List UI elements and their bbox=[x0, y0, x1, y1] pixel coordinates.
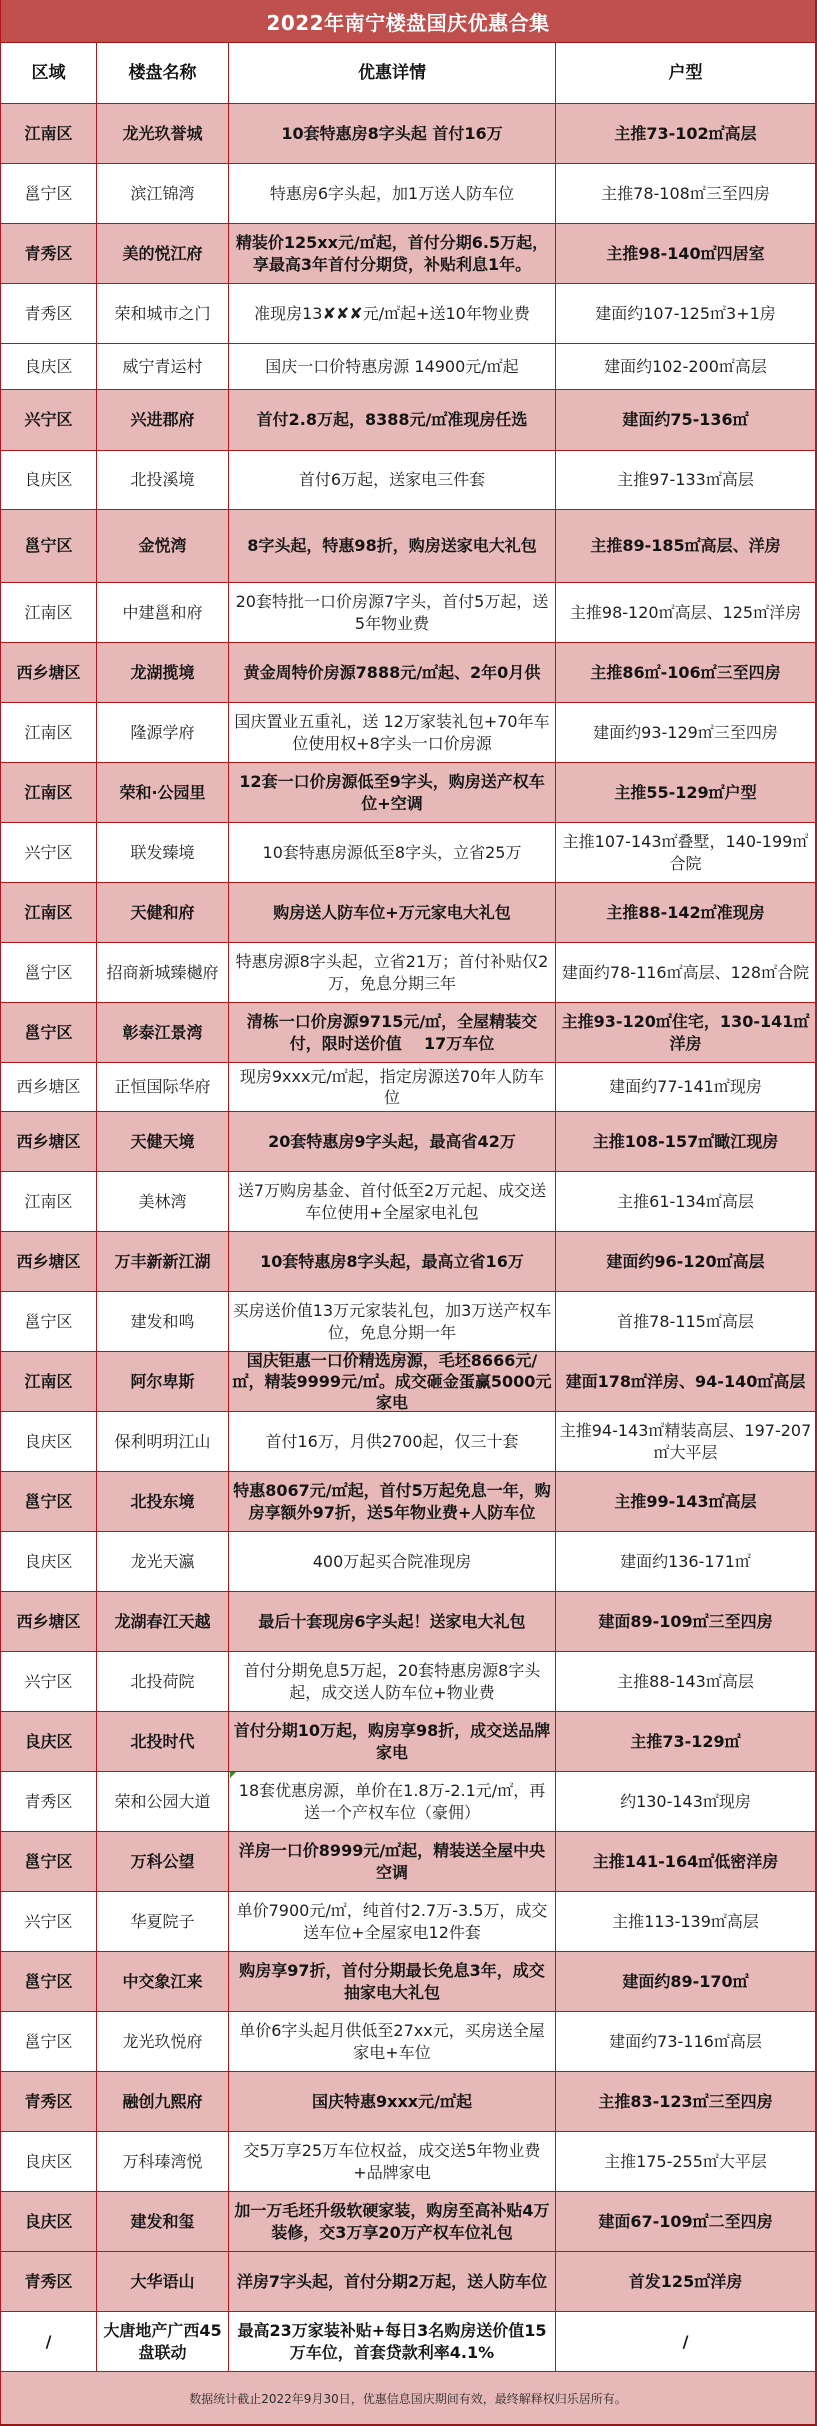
cell-layout: 建面89-109㎡三至四房 bbox=[556, 1592, 815, 1651]
cell-layout: 主推86㎡-106㎡三至四房 bbox=[556, 643, 815, 702]
cell-comment-marker-icon bbox=[230, 1772, 236, 1778]
cell-region: 西乡塘区 bbox=[1, 1112, 97, 1171]
cell-project: 大唐地产广西45盘联动 bbox=[97, 2312, 229, 2371]
cell-layout: 主推73-102㎡高层 bbox=[556, 104, 815, 163]
cell-region: 青秀区 bbox=[1, 224, 97, 283]
table-row: 西乡塘区 正恒国际华府 现房9xxx元/㎡起，指定房源送70年人防车位 建面约7… bbox=[0, 1063, 817, 1112]
table-row: 兴宁区 华夏院子 单价7900元/㎡，纯首付2.7万-3.5万，成交送车位+全屋… bbox=[0, 1892, 817, 1952]
table-row: 邕宁区 龙光玖悦府 单价6字头起月供低至27xx元，买房送全屋家电+车位 建面约… bbox=[0, 2012, 817, 2072]
table-row: 邕宁区 万科公望 洋房一口价8999元/㎡起，精装送全屋中央空调 主推141-1… bbox=[0, 1832, 817, 1892]
cell-offer: 首付16万，月供2700起，仅三十套 bbox=[229, 1412, 556, 1471]
table-row: 江南区 中建邕和府 20套特批一口价房源7字头，首付5万起，送5年物业费 主推9… bbox=[0, 583, 817, 643]
cell-project: 荣和城市之门 bbox=[97, 284, 229, 343]
cell-project: 正恒国际华府 bbox=[97, 1063, 229, 1111]
cell-region: 良庆区 bbox=[1, 1412, 97, 1471]
cell-layout: 主推141-164㎡低密洋房 bbox=[556, 1832, 815, 1891]
cell-layout: 主推113-139㎡高层 bbox=[556, 1892, 815, 1951]
cell-project: 北投荷院 bbox=[97, 1652, 229, 1711]
table-row: 兴宁区 联发臻境 10套特惠房源低至8字头，立省25万 主推107-143㎡叠墅… bbox=[0, 823, 817, 883]
cell-project: 天健和府 bbox=[97, 883, 229, 942]
cell-offer: 购房送人防车位+万元家电大礼包 bbox=[229, 883, 556, 942]
table-row: 江南区 天健和府 购房送人防车位+万元家电大礼包 主推88-142㎡准现房 bbox=[0, 883, 817, 943]
table-row: 良庆区 北投时代 首付分期10万起，购房享98折，成交送品牌家电 主推73-12… bbox=[0, 1712, 817, 1772]
cell-project: 万科公望 bbox=[97, 1832, 229, 1891]
footer-note: 数据统计截止2022年9月30日，优惠信息国庆期间有效，最终解释权归乐居所有。 bbox=[0, 2372, 817, 2426]
cell-region: 西乡塘区 bbox=[1, 1232, 97, 1291]
cell-region: 邕宁区 bbox=[1, 1003, 97, 1062]
cell-layout: 主推78-108㎡三至四房 bbox=[556, 164, 815, 223]
cell-project: 建发和鸣 bbox=[97, 1292, 229, 1351]
cell-region: 江南区 bbox=[1, 1352, 97, 1411]
cell-region: 邕宁区 bbox=[1, 2012, 97, 2071]
cell-region: 良庆区 bbox=[1, 2132, 97, 2191]
cell-region: 兴宁区 bbox=[1, 390, 97, 450]
cell-layout: 主推99-143㎡高层 bbox=[556, 1472, 815, 1531]
cell-project: 龙光玖悦府 bbox=[97, 2012, 229, 2071]
cell-region: 邕宁区 bbox=[1, 1952, 97, 2011]
cell-layout: 主推93-120㎡住宅，130-141㎡洋房 bbox=[556, 1003, 815, 1062]
cell-project: 滨江锦湾 bbox=[97, 164, 229, 223]
cell-region: 青秀区 bbox=[1, 2072, 97, 2131]
table-row: / 大唐地产广西45盘联动 最高23万家装补贴+每日3名购房送价值15万车位，首… bbox=[0, 2312, 817, 2372]
column-header-region: 区域 bbox=[1, 43, 97, 103]
cell-layout: 建面约89-170㎡ bbox=[556, 1952, 815, 2011]
cell-layout: 约130-143㎡现房 bbox=[556, 1772, 815, 1831]
cell-project: 建发和玺 bbox=[97, 2192, 229, 2251]
cell-offer: 首付6万起，送家电三件套 bbox=[229, 451, 556, 509]
cell-region: 良庆区 bbox=[1, 2192, 97, 2251]
cell-region: 良庆区 bbox=[1, 1532, 97, 1591]
column-header-layout: 户型 bbox=[556, 43, 815, 103]
cell-region: 良庆区 bbox=[1, 344, 97, 389]
cell-layout: 主推108-157㎡瞰江现房 bbox=[556, 1112, 815, 1171]
cell-region: 西乡塘区 bbox=[1, 1592, 97, 1651]
cell-project: 彰泰江景湾 bbox=[97, 1003, 229, 1062]
cell-offer: 单价7900元/㎡，纯首付2.7万-3.5万，成交送车位+全屋家电12件套 bbox=[229, 1892, 556, 1951]
cell-region: 江南区 bbox=[1, 1172, 97, 1231]
cell-offer: 送7万购房基金、首付低至2万元起、成交送车位使用+全屋家电礼包 bbox=[229, 1172, 556, 1231]
table-row: 良庆区 保利明玥江山 首付16万，月供2700起，仅三十套 主推94-143㎡精… bbox=[0, 1412, 817, 1472]
cell-offer: 10套特惠房源低至8字头，立省25万 bbox=[229, 823, 556, 882]
cell-offer: 现房9xxx元/㎡起，指定房源送70年人防车位 bbox=[229, 1063, 556, 1111]
cell-layout: 主推88-142㎡准现房 bbox=[556, 883, 815, 942]
cell-offer: 400万起买合院准现房 bbox=[229, 1532, 556, 1591]
column-header-project: 楼盘名称 bbox=[97, 43, 229, 103]
cell-region: / bbox=[1, 2312, 97, 2371]
cell-project: 北投东境 bbox=[97, 1472, 229, 1531]
table-row: 邕宁区 北投东境 特惠8067元/㎡起，首付5万起免息一年，购房享额外97折，送… bbox=[0, 1472, 817, 1532]
cell-offer: 最后十套现房6字头起！送家电大礼包 bbox=[229, 1592, 556, 1651]
cell-project: 金悦湾 bbox=[97, 510, 229, 582]
table-row: 西乡塘区 万丰新新江湖 10套特惠房8字头起，最高立省16万 建面约96-120… bbox=[0, 1232, 817, 1292]
table-header-row: 区域 楼盘名称 优惠详情 户型 bbox=[0, 43, 817, 104]
cell-layout: 建面约73-116㎡高层 bbox=[556, 2012, 815, 2071]
cell-project: 华夏院子 bbox=[97, 1892, 229, 1951]
cell-layout: 主推61-134㎡高层 bbox=[556, 1172, 815, 1231]
table-row: 青秀区 美的悦江府 精装价125xx元/㎡起，首付分期6.5万起，享最高3年首付… bbox=[0, 224, 817, 284]
cell-layout: 首推78-115㎡高层 bbox=[556, 1292, 815, 1351]
cell-project: 招商新城臻樾府 bbox=[97, 943, 229, 1002]
table-row: 邕宁区 金悦湾 8字头起，特惠98折，购房送家电大礼包 主推89-185㎡高层、… bbox=[0, 510, 817, 583]
cell-region: 良庆区 bbox=[1, 451, 97, 509]
table-row: 良庆区 建发和玺 加一万毛坯升级软硬家装，购房至高补贴4万装修，交3万享20万产… bbox=[0, 2192, 817, 2252]
cell-layout: 主推97-133㎡高层 bbox=[556, 451, 815, 509]
cell-layout: 主推175-255㎡大平层 bbox=[556, 2132, 815, 2191]
cell-layout: 主推98-120㎡高层、125㎡洋房 bbox=[556, 583, 815, 642]
cell-offer: 准现房13✘✘✘元/㎡起+送10年物业费 bbox=[229, 284, 556, 343]
cell-project: 联发臻境 bbox=[97, 823, 229, 882]
cell-offer: 买房送价值13万元家装礼包，加3万送产权车位，免息分期一年 bbox=[229, 1292, 556, 1351]
table-row: 兴宁区 兴进郡府 首付2.8万起，8388元/㎡准现房任选 建面约75-136㎡ bbox=[0, 390, 817, 451]
table-row: 良庆区 万科瑧湾悦 交5万享25万车位权益，成交送5年物业费+品牌家电 主推17… bbox=[0, 2132, 817, 2192]
cell-project: 龙光天瀛 bbox=[97, 1532, 229, 1591]
cell-offer: 特惠8067元/㎡起，首付5万起免息一年，购房享额外97折，送5年物业费+人防车… bbox=[229, 1472, 556, 1531]
cell-offer: 首付分期免息5万起，20套特惠房源8字头起，成交送人防车位+物业费 bbox=[229, 1652, 556, 1711]
cell-project: 美的悦江府 bbox=[97, 224, 229, 283]
cell-layout: 主推83-123㎡三至四房 bbox=[556, 2072, 815, 2131]
cell-offer: 国庆一口价特惠房源 14900元/㎡起 bbox=[229, 344, 556, 389]
cell-region: 邕宁区 bbox=[1, 1472, 97, 1531]
cell-project: 荣和·公园里 bbox=[97, 763, 229, 822]
cell-layout: 建面178㎡洋房、94-140㎡高层 bbox=[556, 1352, 815, 1411]
cell-layout: 建面约93-129㎡三至四房 bbox=[556, 703, 815, 762]
cell-project: 北投时代 bbox=[97, 1712, 229, 1771]
table-row: 良庆区 北投溪境 首付6万起，送家电三件套 主推97-133㎡高层 bbox=[0, 451, 817, 510]
cell-region: 邕宁区 bbox=[1, 1832, 97, 1891]
cell-layout: 主推55-129㎡户型 bbox=[556, 763, 815, 822]
cell-region: 邕宁区 bbox=[1, 510, 97, 582]
table-row: 兴宁区 北投荷院 首付分期免息5万起，20套特惠房源8字头起，成交送人防车位+物… bbox=[0, 1652, 817, 1712]
table-row: 邕宁区 彰泰江景湾 清栋一口价房源9715元/㎡，全屋精装交付，限时送价值 17… bbox=[0, 1003, 817, 1063]
cell-region: 江南区 bbox=[1, 883, 97, 942]
cell-offer: 洋房一口价8999元/㎡起，精装送全屋中央空调 bbox=[229, 1832, 556, 1891]
cell-layout: 主推73-129㎡ bbox=[556, 1712, 815, 1771]
table-row: 西乡塘区 龙湖揽境 黄金周特价房源7888元/㎡起、2年0月供 主推86㎡-10… bbox=[0, 643, 817, 703]
cell-layout: 建面67-109㎡二至四房 bbox=[556, 2192, 815, 2251]
table-row: 江南区 美林湾 送7万购房基金、首付低至2万元起、成交送车位使用+全屋家电礼包 … bbox=[0, 1172, 817, 1232]
table-row: 西乡塘区 天健天境 20套特惠房9字头起，最高省42万 主推108-157㎡瞰江… bbox=[0, 1112, 817, 1172]
table-row: 良庆区 龙光天瀛 400万起买合院准现房 建面约136-171㎡ bbox=[0, 1532, 817, 1592]
cell-offer: 18套优惠房源，单价在1.8万-2.1元/㎡，再送一个产权车位（豪佣） bbox=[229, 1772, 556, 1831]
cell-project: 荣和公园大道 bbox=[97, 1772, 229, 1831]
cell-offer: 特惠房源8字头起，立省21万；首付补贴仅2万，免息分期三年 bbox=[229, 943, 556, 1002]
cell-offer: 精装价125xx元/㎡起，首付分期6.5万起，享最高3年首付分期贷，补贴利息1年… bbox=[229, 224, 556, 283]
cell-region: 兴宁区 bbox=[1, 1652, 97, 1711]
cell-offer: 国庆钜惠一口价精选房源，毛坯8666元/㎡，精装9999元/㎡。成交砸金蛋赢50… bbox=[229, 1352, 556, 1411]
cell-layout: 建面约77-141㎡现房 bbox=[556, 1063, 815, 1111]
cell-offer: 清栋一口价房源9715元/㎡，全屋精装交付，限时送价值 17万车位 bbox=[229, 1003, 556, 1062]
cell-region: 邕宁区 bbox=[1, 1292, 97, 1351]
cell-region: 西乡塘区 bbox=[1, 1063, 97, 1111]
cell-offer: 国庆置业五重礼，送 12万家装礼包+70年车位使用权+8字头一口价房源 bbox=[229, 703, 556, 762]
cell-layout: 建面约96-120㎡高层 bbox=[556, 1232, 815, 1291]
table-row: 青秀区 大华语山 洋房7字头起，首付分期2万起，送人防车位 首发125㎡洋房 bbox=[0, 2252, 817, 2312]
cell-offer: 购房享97折，首付分期最长免息3年，成交抽家电大礼包 bbox=[229, 1952, 556, 2011]
cell-layout: 主推88-143㎡高层 bbox=[556, 1652, 815, 1711]
cell-project: 阿尔卑斯 bbox=[97, 1352, 229, 1411]
cell-project: 万丰新新江湖 bbox=[97, 1232, 229, 1291]
cell-region: 青秀区 bbox=[1, 2252, 97, 2311]
cell-offer: 交5万享25万车位权益，成交送5年物业费+品牌家电 bbox=[229, 2132, 556, 2191]
cell-region: 兴宁区 bbox=[1, 823, 97, 882]
cell-offer: 洋房7字头起，首付分期2万起，送人防车位 bbox=[229, 2252, 556, 2311]
cell-layout: 首发125㎡洋房 bbox=[556, 2252, 815, 2311]
cell-offer: 8字头起，特惠98折，购房送家电大礼包 bbox=[229, 510, 556, 582]
cell-region: 邕宁区 bbox=[1, 943, 97, 1002]
cell-offer: 单价6字头起月供低至27xx元，买房送全屋家电+车位 bbox=[229, 2012, 556, 2071]
table-row: 江南区 隆源学府 国庆置业五重礼，送 12万家装礼包+70年车位使用权+8字头一… bbox=[0, 703, 817, 763]
cell-project: 大华语山 bbox=[97, 2252, 229, 2311]
cell-layout: 主推94-143㎡精装高层、197-207㎡大平层 bbox=[556, 1412, 815, 1471]
table-row: 青秀区 融创九熙府 国庆特惠9xxx元/㎡起 主推83-123㎡三至四房 bbox=[0, 2072, 817, 2132]
cell-region: 邕宁区 bbox=[1, 164, 97, 223]
cell-offer: 首付2.8万起，8388元/㎡准现房任选 bbox=[229, 390, 556, 450]
cell-offer: 12套一口价房源低至9字头，购房送产权车位+空调 bbox=[229, 763, 556, 822]
cell-offer: 黄金周特价房源7888元/㎡起、2年0月供 bbox=[229, 643, 556, 702]
cell-offer: 10套特惠房8字头起 首付16万 bbox=[229, 104, 556, 163]
cell-region: 青秀区 bbox=[1, 1772, 97, 1831]
cell-layout: / bbox=[556, 2312, 815, 2371]
cell-project: 龙湖揽境 bbox=[97, 643, 229, 702]
cell-region: 青秀区 bbox=[1, 284, 97, 343]
cell-offer: 国庆特惠9xxx元/㎡起 bbox=[229, 2072, 556, 2131]
cell-offer: 20套特惠房9字头起，最高省42万 bbox=[229, 1112, 556, 1171]
cell-layout: 建面约136-171㎡ bbox=[556, 1532, 815, 1591]
cell-offer: 加一万毛坯升级软硬家装，购房至高补贴4万装修，交3万享20万产权车位礼包 bbox=[229, 2192, 556, 2251]
cell-project: 龙光玖誉城 bbox=[97, 104, 229, 163]
cell-project: 保利明玥江山 bbox=[97, 1412, 229, 1471]
cell-offer: 20套特批一口价房源7字头，首付5万起，送5年物业费 bbox=[229, 583, 556, 642]
page-title: 2022年南宁楼盘国庆优惠合集 bbox=[0, 0, 817, 43]
cell-project: 龙湖春江天越 bbox=[97, 1592, 229, 1651]
cell-layout: 建面约107-125㎡3+1房 bbox=[556, 284, 815, 343]
promotion-table-sheet: 2022年南宁楼盘国庆优惠合集 区域 楼盘名称 优惠详情 户型 江南区 龙光玖誉… bbox=[0, 0, 817, 2426]
table-row: 江南区 荣和·公园里 12套一口价房源低至9字头，购房送产权车位+空调 主推55… bbox=[0, 763, 817, 823]
table-row: 邕宁区 中交象江来 购房享97折，首付分期最长免息3年，成交抽家电大礼包 建面约… bbox=[0, 1952, 817, 2012]
cell-layout: 主推107-143㎡叠墅，140-199㎡合院 bbox=[556, 823, 815, 882]
cell-project: 万科瑧湾悦 bbox=[97, 2132, 229, 2191]
table-row: 良庆区 威宁青运村 国庆一口价特惠房源 14900元/㎡起 建面约102-200… bbox=[0, 344, 817, 390]
table-row: 邕宁区 建发和鸣 买房送价值13万元家装礼包，加3万送产权车位，免息分期一年 首… bbox=[0, 1292, 817, 1352]
cell-project: 中交象江来 bbox=[97, 1952, 229, 2011]
cell-layout: 主推89-185㎡高层、洋房 bbox=[556, 510, 815, 582]
cell-project: 美林湾 bbox=[97, 1172, 229, 1231]
cell-offer: 10套特惠房8字头起，最高立省16万 bbox=[229, 1232, 556, 1291]
table-row: 西乡塘区 龙湖春江天越 最后十套现房6字头起！送家电大礼包 建面89-109㎡三… bbox=[0, 1592, 817, 1652]
cell-region: 兴宁区 bbox=[1, 1892, 97, 1951]
cell-layout: 建面约75-136㎡ bbox=[556, 390, 815, 450]
cell-layout: 主推98-140㎡四居室 bbox=[556, 224, 815, 283]
cell-region: 西乡塘区 bbox=[1, 643, 97, 702]
cell-offer: 首付分期10万起，购房享98折，成交送品牌家电 bbox=[229, 1712, 556, 1771]
table-row: 青秀区 荣和公园大道 18套优惠房源，单价在1.8万-2.1元/㎡，再送一个产权… bbox=[0, 1772, 817, 1832]
cell-region: 江南区 bbox=[1, 763, 97, 822]
table-row: 邕宁区 招商新城臻樾府 特惠房源8字头起，立省21万；首付补贴仅2万，免息分期三… bbox=[0, 943, 817, 1003]
cell-offer: 最高23万家装补贴+每日3名购房送价值15万车位，首套贷款利率4.1% bbox=[229, 2312, 556, 2371]
cell-region: 良庆区 bbox=[1, 1712, 97, 1771]
cell-region: 江南区 bbox=[1, 583, 97, 642]
cell-project: 北投溪境 bbox=[97, 451, 229, 509]
cell-project: 融创九熙府 bbox=[97, 2072, 229, 2131]
cell-region: 江南区 bbox=[1, 104, 97, 163]
cell-offer: 特惠房6字头起，加1万送人防车位 bbox=[229, 164, 556, 223]
cell-layout: 建面约78-116㎡高层、128㎡合院 bbox=[556, 943, 815, 1002]
table-row: 邕宁区 滨江锦湾 特惠房6字头起，加1万送人防车位 主推78-108㎡三至四房 bbox=[0, 164, 817, 224]
cell-project: 兴进郡府 bbox=[97, 390, 229, 450]
table-row: 青秀区 荣和城市之门 准现房13✘✘✘元/㎡起+送10年物业费 建面约107-1… bbox=[0, 284, 817, 344]
cell-layout: 建面约102-200㎡高层 bbox=[556, 344, 815, 389]
cell-project: 隆源学府 bbox=[97, 703, 229, 762]
cell-project: 威宁青运村 bbox=[97, 344, 229, 389]
cell-project: 天健天境 bbox=[97, 1112, 229, 1171]
column-header-offer: 优惠详情 bbox=[229, 43, 556, 103]
cell-region: 江南区 bbox=[1, 703, 97, 762]
table-row: 江南区 龙光玖誉城 10套特惠房8字头起 首付16万 主推73-102㎡高层 bbox=[0, 104, 817, 164]
cell-project: 中建邕和府 bbox=[97, 583, 229, 642]
table-row: 江南区 阿尔卑斯 国庆钜惠一口价精选房源，毛坯8666元/㎡，精装9999元/㎡… bbox=[0, 1352, 817, 1412]
